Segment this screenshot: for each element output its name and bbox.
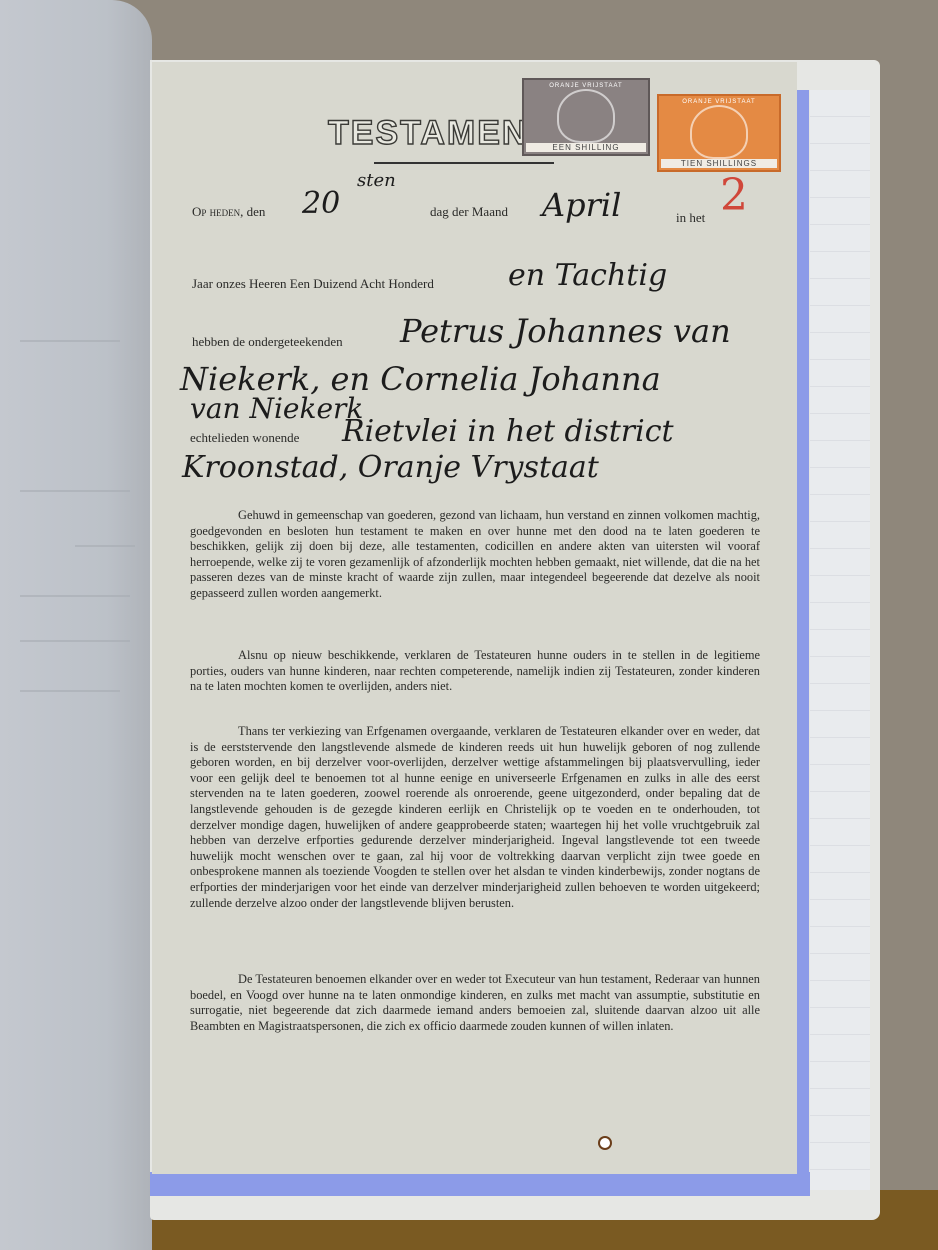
- paragraph-executors: De Testateuren benoemen elkander over en…: [190, 972, 760, 1034]
- coat-of-arms-icon: [557, 89, 615, 143]
- in-het-label: in het: [676, 210, 705, 226]
- testament-page: TESTAMENT ORANJE VRIJSTAAT EEN SHILLING …: [152, 62, 797, 1174]
- den-label: , den: [240, 204, 265, 219]
- binding-punch-hole: [600, 1138, 610, 1148]
- coat-of-arms-icon: [690, 105, 748, 159]
- bleed-through-text: [20, 490, 130, 492]
- day-value: 20: [302, 186, 340, 221]
- stamp-value-text: EEN SHILLING: [526, 143, 646, 152]
- document-title: TESTAMENT: [328, 114, 551, 153]
- revenue-stamp-tien-shillings: ORANJE VRIJSTAAT TIEN SHILLINGS: [657, 94, 781, 172]
- ruled-under-page: [810, 90, 870, 1190]
- year-label: Jaar onzes Heeren Een Duizend Acht Honde…: [192, 276, 434, 292]
- revenue-stamp-een-shilling: ORANJE VRIJSTAAT EEN SHILLING: [522, 78, 650, 156]
- residence-label: echtelieden wonende: [190, 430, 299, 446]
- year-value: en Tachtig: [508, 258, 667, 293]
- bleed-through-text: [20, 340, 120, 342]
- month-label: dag der Maand: [430, 204, 508, 220]
- signatories-label: hebben de ondergeteekenden: [192, 334, 343, 350]
- in-het-value: 2: [720, 170, 748, 221]
- bleed-through-text: [20, 595, 130, 597]
- blue-binding-tape-bottom: [150, 1172, 810, 1196]
- residence-value-line1: Rietvlei in het district: [342, 414, 674, 449]
- bleed-through-text: [75, 545, 135, 547]
- left-facing-page: [0, 0, 152, 1250]
- bleed-through-text: [20, 690, 120, 692]
- op-heden-label: Op heden: [192, 204, 240, 219]
- bleed-through-text: [20, 640, 130, 642]
- title-underline: [374, 162, 554, 164]
- paragraph-legitimate-portions: Alsnu op nieuw beschikkende, verklaren d…: [190, 648, 760, 695]
- residence-value-line2: Kroonstad, Oranje Vrystaat: [182, 450, 599, 485]
- day-suffix: sten: [357, 170, 396, 191]
- stamp-value-text: TIEN SHILLINGS: [661, 159, 777, 168]
- month-value: April: [542, 186, 621, 224]
- paragraph-heirs: Thans ter verkiezing van Erfgenamen over…: [190, 724, 760, 911]
- signatories-value-line1: Petrus Johannes van: [400, 312, 731, 350]
- blue-binding-tape-right: [797, 90, 809, 1195]
- date-line: Op heden, den: [192, 204, 265, 220]
- paragraph-revocation: Gehuwd in gemeenschap van goederen, gezo…: [190, 508, 760, 602]
- signatories-value-line3: van Niekerk: [190, 392, 363, 425]
